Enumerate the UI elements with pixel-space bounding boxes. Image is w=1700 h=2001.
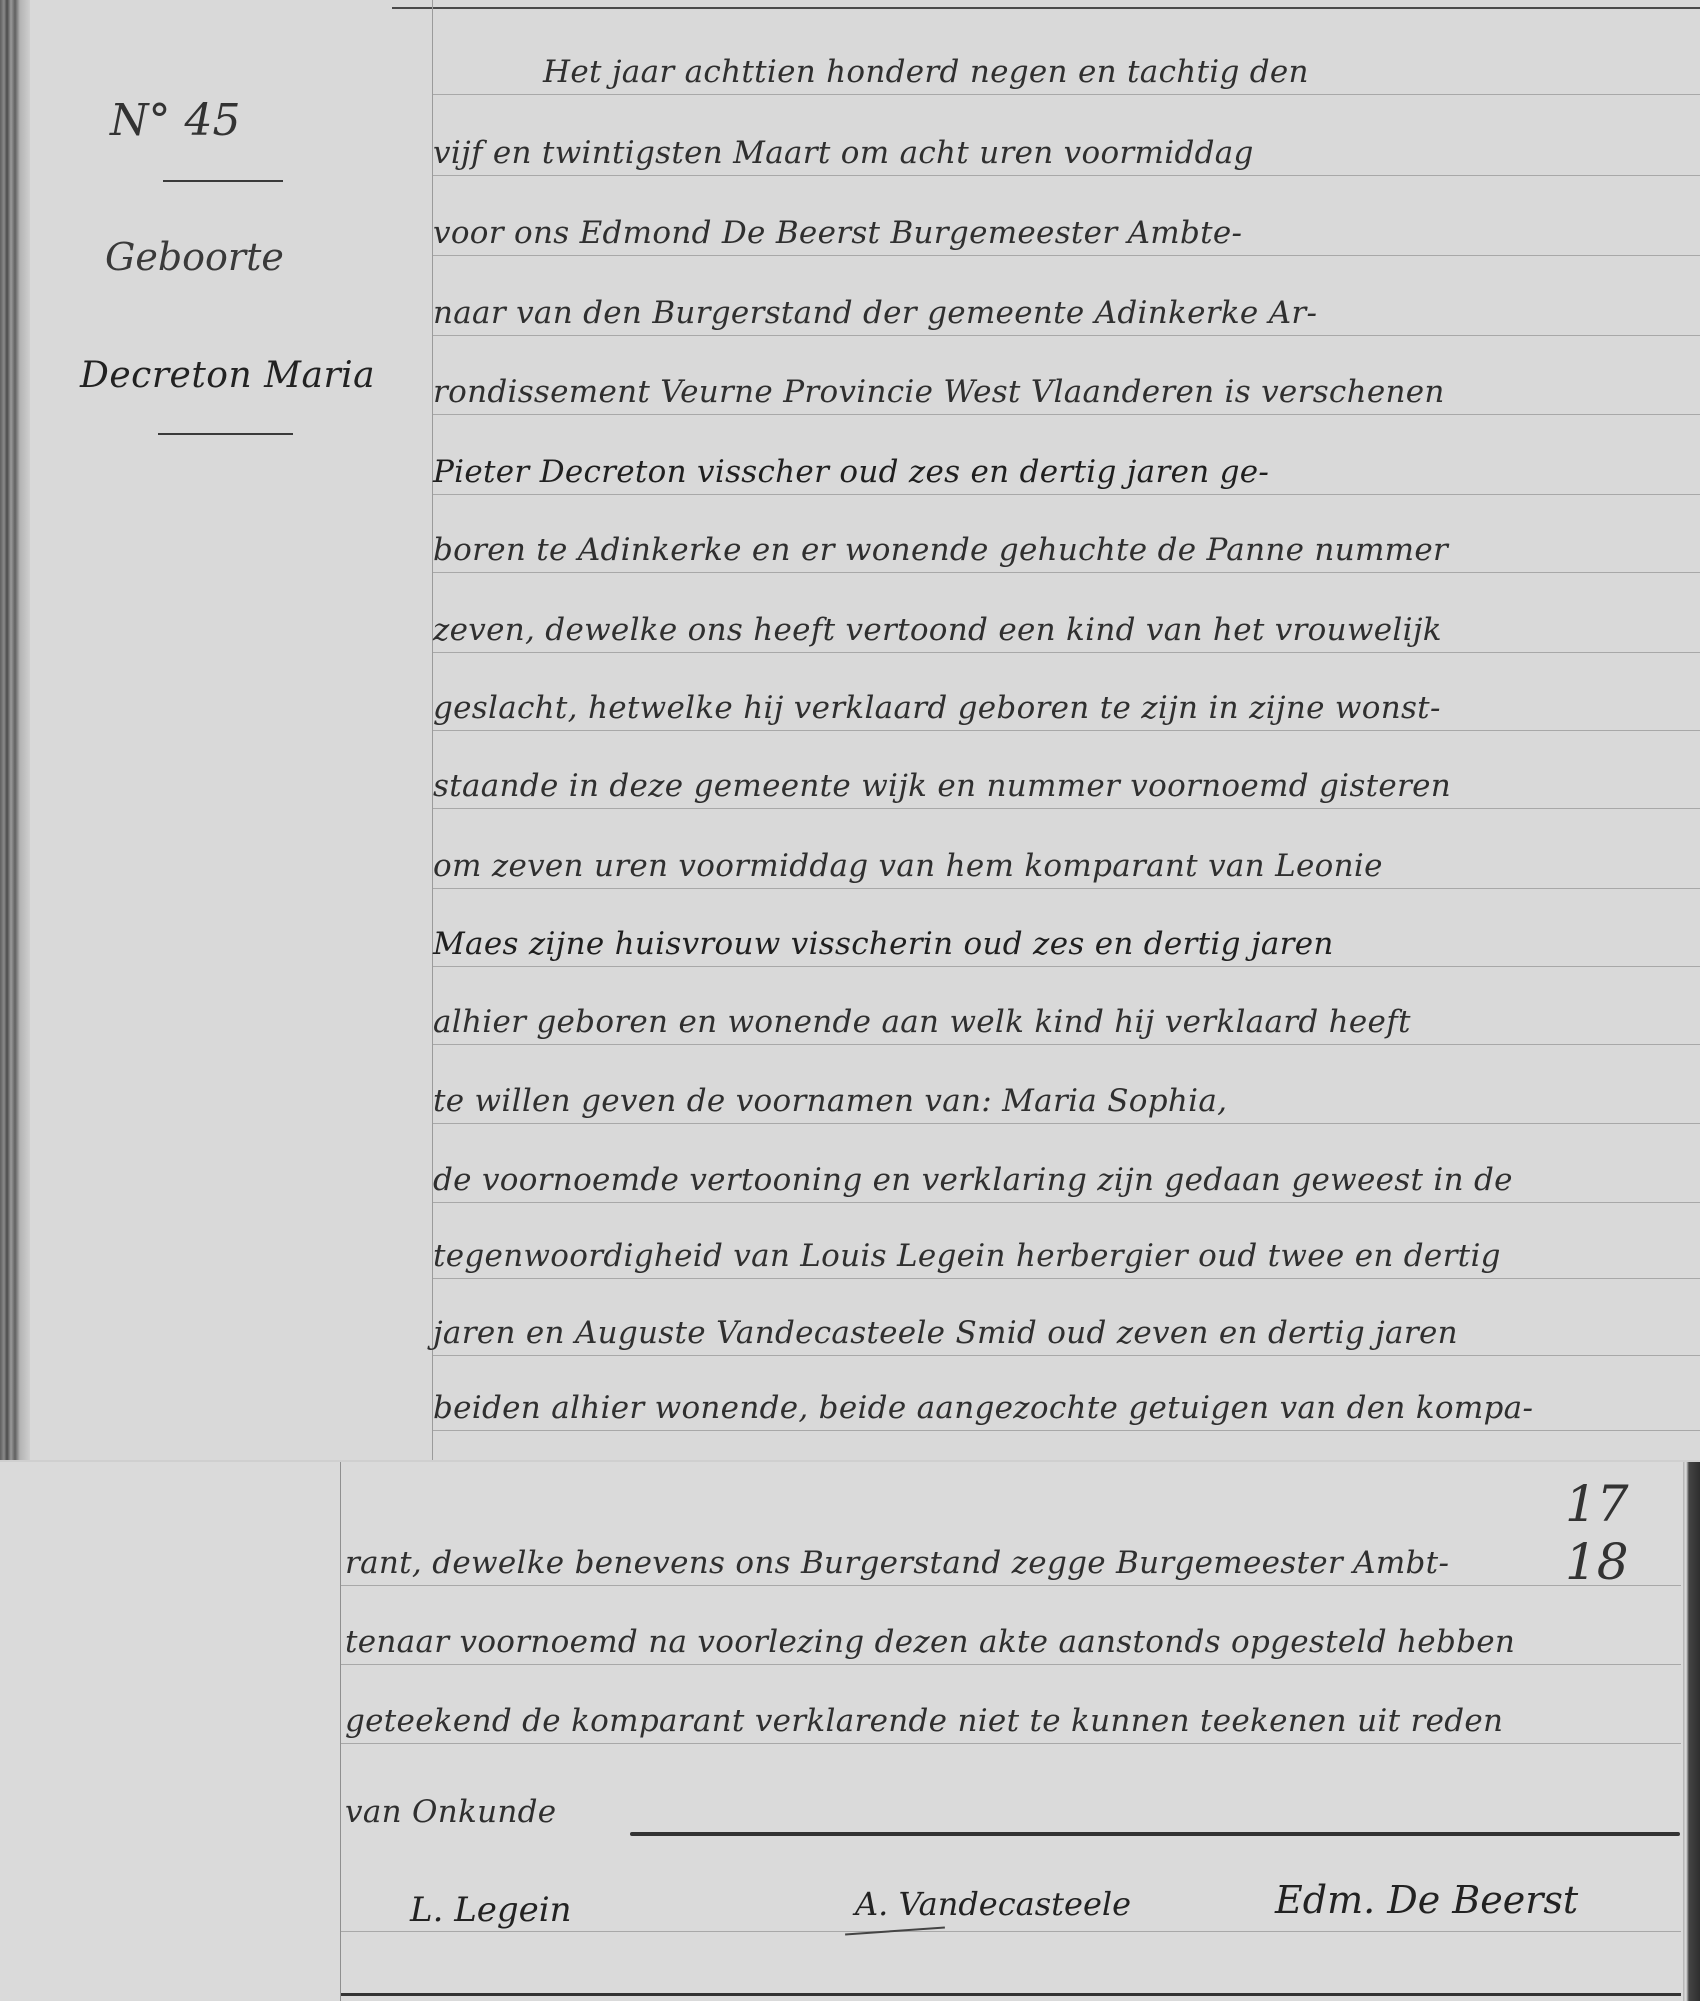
- text-line: vijf en twintigsten Maart om acht uren v…: [433, 97, 1700, 176]
- margin-divider: [158, 433, 293, 435]
- top-ruled-line: [392, 7, 1700, 9]
- margin-divider: [163, 180, 283, 182]
- continuation-line: tenaar voornoemd na voorlezing dezen akt…: [341, 1588, 1681, 1665]
- text-line-mother: Maes zijne huisvrouw visscherin oud zes …: [433, 888, 1700, 967]
- text-line: staande in deze gemeente wijk en nummer …: [433, 730, 1700, 809]
- text-line: rondissement Veurne Provincie West Vlaan…: [433, 336, 1700, 415]
- register-page-top: N° 45 Geboorte Decreton Maria Het jaar a…: [0, 0, 1700, 1462]
- signature-witness-1: L. Legein: [410, 1890, 572, 1930]
- record-type: Geboorte: [105, 235, 284, 279]
- text-line: alhier geboren en wonende aan welk kind …: [433, 966, 1700, 1045]
- record-number: N° 45: [110, 95, 240, 146]
- margin-column: [30, 0, 432, 1462]
- continuation-line: van Onkunde: [341, 1758, 1681, 1834]
- signature-mayor: Edm. De Beerst: [1275, 1878, 1578, 1922]
- bottom-ruled-line: [341, 1993, 1681, 1996]
- signature-witness-2: A. Vandecasteele: [855, 1885, 1131, 1923]
- text-line: geslacht, hetwelke hij verklaard geboren…: [433, 652, 1700, 731]
- text-line-father: Pieter Decreton visscher oud zes en dert…: [433, 416, 1700, 495]
- text-line: Het jaar achttien honderd negen en tacht…: [433, 16, 1700, 95]
- book-binding-edge: [0, 0, 30, 1462]
- subject-name: Decreton Maria: [80, 355, 375, 396]
- text-line: voor ons Edmond De Beerst Burgemeester A…: [433, 177, 1700, 256]
- text-line: de voornoemde vertooning en verklaring z…: [433, 1124, 1700, 1203]
- text-line: boren te Adinkerke en er wonende gehucht…: [433, 494, 1700, 573]
- text-line: zeven, dewelke ons heeft vertoond een ki…: [433, 574, 1700, 653]
- text-line: beiden alhier wonende, beide aangezochte…: [433, 1352, 1700, 1431]
- text-line-witness-2: jaren en Auguste Vandecasteele Smid oud …: [433, 1277, 1700, 1356]
- text-line-witness-1: tegenwoordigheid van Louis Legein herber…: [433, 1200, 1700, 1279]
- text-line: naar van den Burgerstand der gemeente Ad…: [433, 257, 1700, 336]
- closing-line-stroke: [630, 1832, 1680, 1836]
- continuation-line: geteekend de komparant verklarende niet …: [341, 1667, 1681, 1744]
- continuation-line: rant, dewelke benevens ons Burgerstand z…: [341, 1509, 1681, 1586]
- text-line: om zeven uren voormiddag van hem kompara…: [433, 810, 1700, 889]
- text-line-given-names: te willen geven de voornamen van: Maria …: [433, 1045, 1700, 1124]
